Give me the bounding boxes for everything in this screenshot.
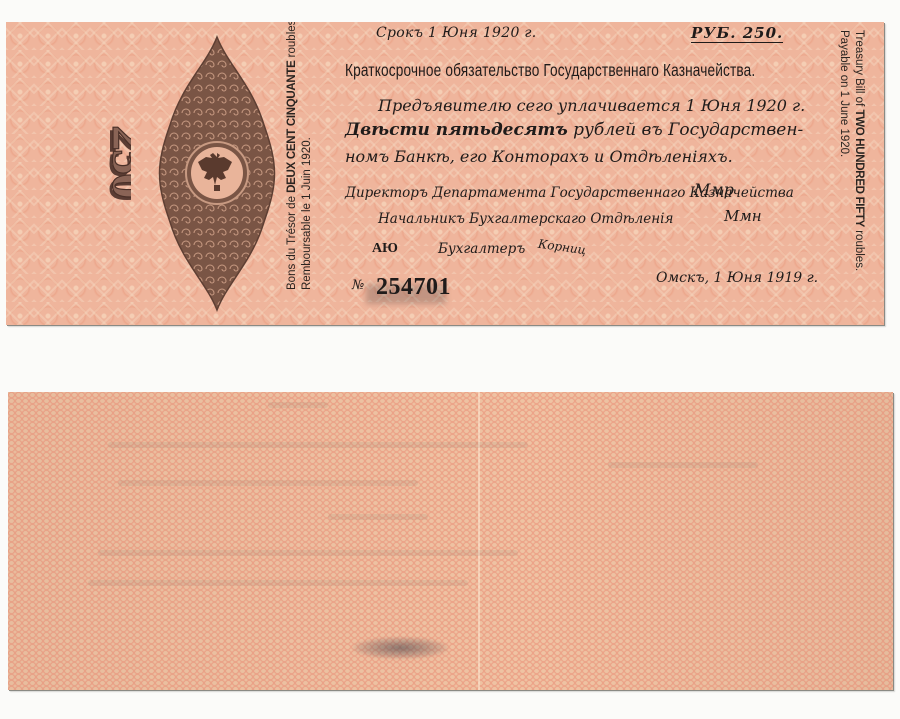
show-through-text: [88, 580, 468, 586]
accountant-line: Бухгалтеръ: [438, 241, 525, 257]
chief-signature: Ммн: [724, 207, 762, 225]
show-through-text: [98, 550, 518, 556]
show-through-text: [268, 402, 328, 408]
banknote-front: 250 250 Bons du Trésor de DEUX CENT CINQ…: [6, 22, 884, 325]
show-through-text: [328, 514, 428, 520]
accountant-signature: Корниц: [537, 237, 587, 258]
chief-line: Начальникъ Бухгалтерскаго Отдѣленiя: [378, 211, 673, 227]
ornamental-medallion: [156, 35, 278, 312]
bill-title: Краткосрочное обязательство Государствен…: [345, 60, 755, 81]
banknote-back: [8, 392, 893, 690]
payable-line: Предъявителю сего уплачивается 1 Юня 192…: [378, 96, 805, 115]
svg-text:250: 250: [101, 125, 131, 198]
denomination-numeral: 250 250: [61, 117, 131, 237]
english-text: Treasury Bill of TWO HUNDRED FIFTY roubl…: [836, 30, 866, 271]
fold-line: [478, 392, 480, 690]
number-sign: №: [352, 278, 364, 293]
smudged-stamp: [353, 637, 448, 659]
serial-number: 254701: [376, 274, 451, 301]
show-through-text: [108, 442, 528, 448]
director-signature: Ммр: [694, 180, 734, 199]
show-through-text: [118, 480, 418, 486]
amount-label: РУБ. 250.: [691, 24, 783, 43]
maturity-term: Срокъ 1 Юня 1920 г.: [376, 25, 537, 41]
series-code: АЮ: [372, 241, 398, 257]
amount-in-words: Двѣсти пятьдесятъ рублей въ Государствен…: [345, 120, 803, 140]
show-through-text: [608, 462, 758, 468]
french-text: Bons du Trésor de DEUX CENT CINQUANTE ro…: [285, 22, 315, 290]
bank-line: номъ Банкѣ, его Конторахъ и Отдѣленiяхъ.: [345, 147, 733, 166]
place-date: Омскъ, 1 Юня 1919 г.: [656, 270, 818, 286]
